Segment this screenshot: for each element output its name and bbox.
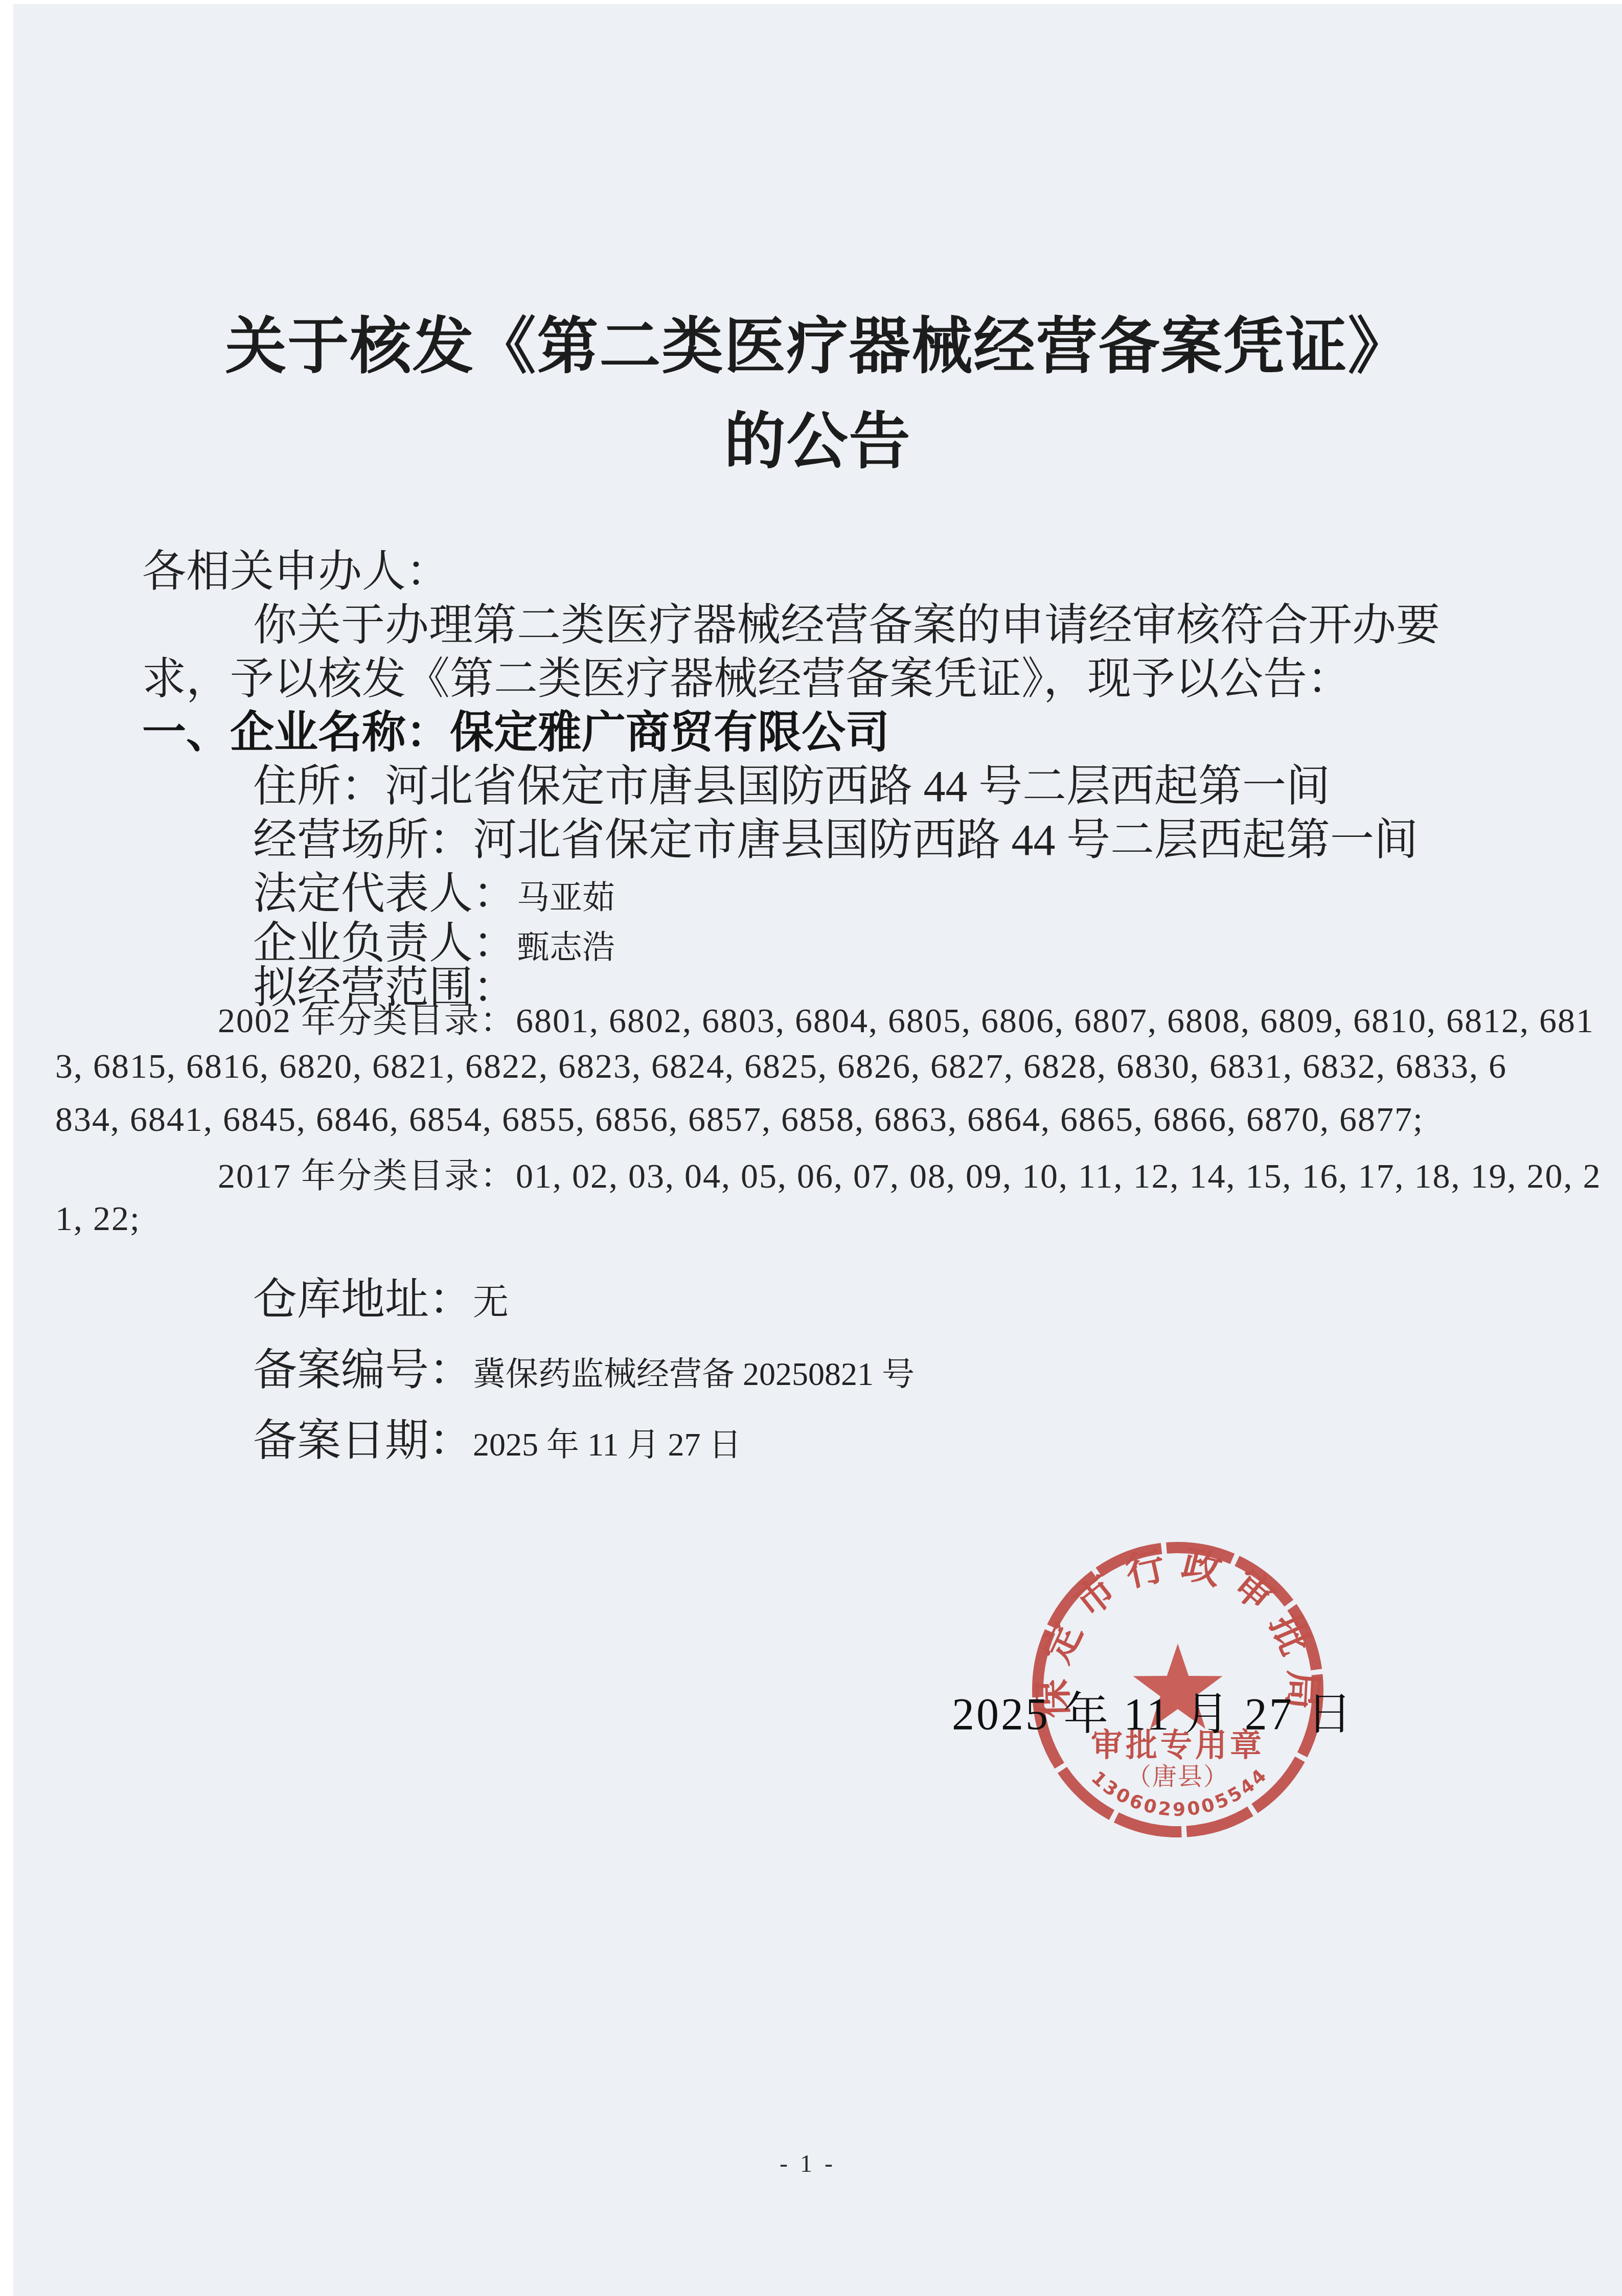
filing-number-line: 备案编号：冀保药监械经营备 20250821 号 bbox=[253, 1334, 915, 1398]
filing-date-value: 2025 年 11 月 27 日 bbox=[473, 1426, 742, 1463]
page-number: - 1 - bbox=[757, 2150, 859, 2178]
catalog-2017-line1: 2017 年分类目录：01, 02, 03, 04, 05, 06, 07, 0… bbox=[218, 1148, 1601, 1198]
residence-label: 住所： bbox=[253, 762, 385, 811]
announcement-title-line2: 的公告 bbox=[13, 393, 1622, 481]
filing-date-label: 备案日期： bbox=[253, 1416, 473, 1465]
company-label: 一、企业名称： bbox=[142, 708, 450, 757]
warehouse-line: 仓库地址：无 bbox=[253, 1264, 509, 1327]
residence-value: 河北省保定市唐县国防西路 44 号二层西起第一间 bbox=[385, 762, 1330, 811]
issue-date-overlay: 2025 年 11 月 27 日 bbox=[952, 1678, 1354, 1742]
premises-value: 河北省保定市唐县国防西路 44 号二层西起第一间 bbox=[473, 815, 1418, 865]
catalog-2002-line2: 3, 6815, 6816, 6820, 6821, 6822, 6823, 6… bbox=[55, 1046, 1507, 1086]
catalog-2017-line2: 1, 22; bbox=[55, 1198, 141, 1239]
warehouse-label: 仓库地址： bbox=[253, 1275, 473, 1324]
premises-label: 经营场所： bbox=[253, 815, 473, 865]
filing-number-label: 备案编号： bbox=[253, 1346, 473, 1395]
catalog-2002-line3: 834, 6841, 6845, 6846, 6854, 6855, 6856,… bbox=[55, 1099, 1424, 1140]
warehouse-value: 无 bbox=[473, 1283, 509, 1323]
catalog-2002-line1: 2002 年分类目录：6801, 6802, 6803, 6804, 6805,… bbox=[218, 993, 1594, 1042]
manager-value: 甄志浩 bbox=[517, 929, 615, 965]
stamp-subtitle-text: （唐县） bbox=[1127, 1763, 1229, 1790]
filing-date-line: 备案日期：2025 年 11 月 27 日 bbox=[253, 1405, 742, 1468]
filing-number-value: 冀保药监械经营备 20250821 号 bbox=[473, 1356, 915, 1392]
company-value: 保定雅广商贸有限公司 bbox=[450, 708, 889, 757]
announcement-title-line1: 关于核发《第二类医疗器械经营备案凭证》 bbox=[13, 298, 1622, 385]
